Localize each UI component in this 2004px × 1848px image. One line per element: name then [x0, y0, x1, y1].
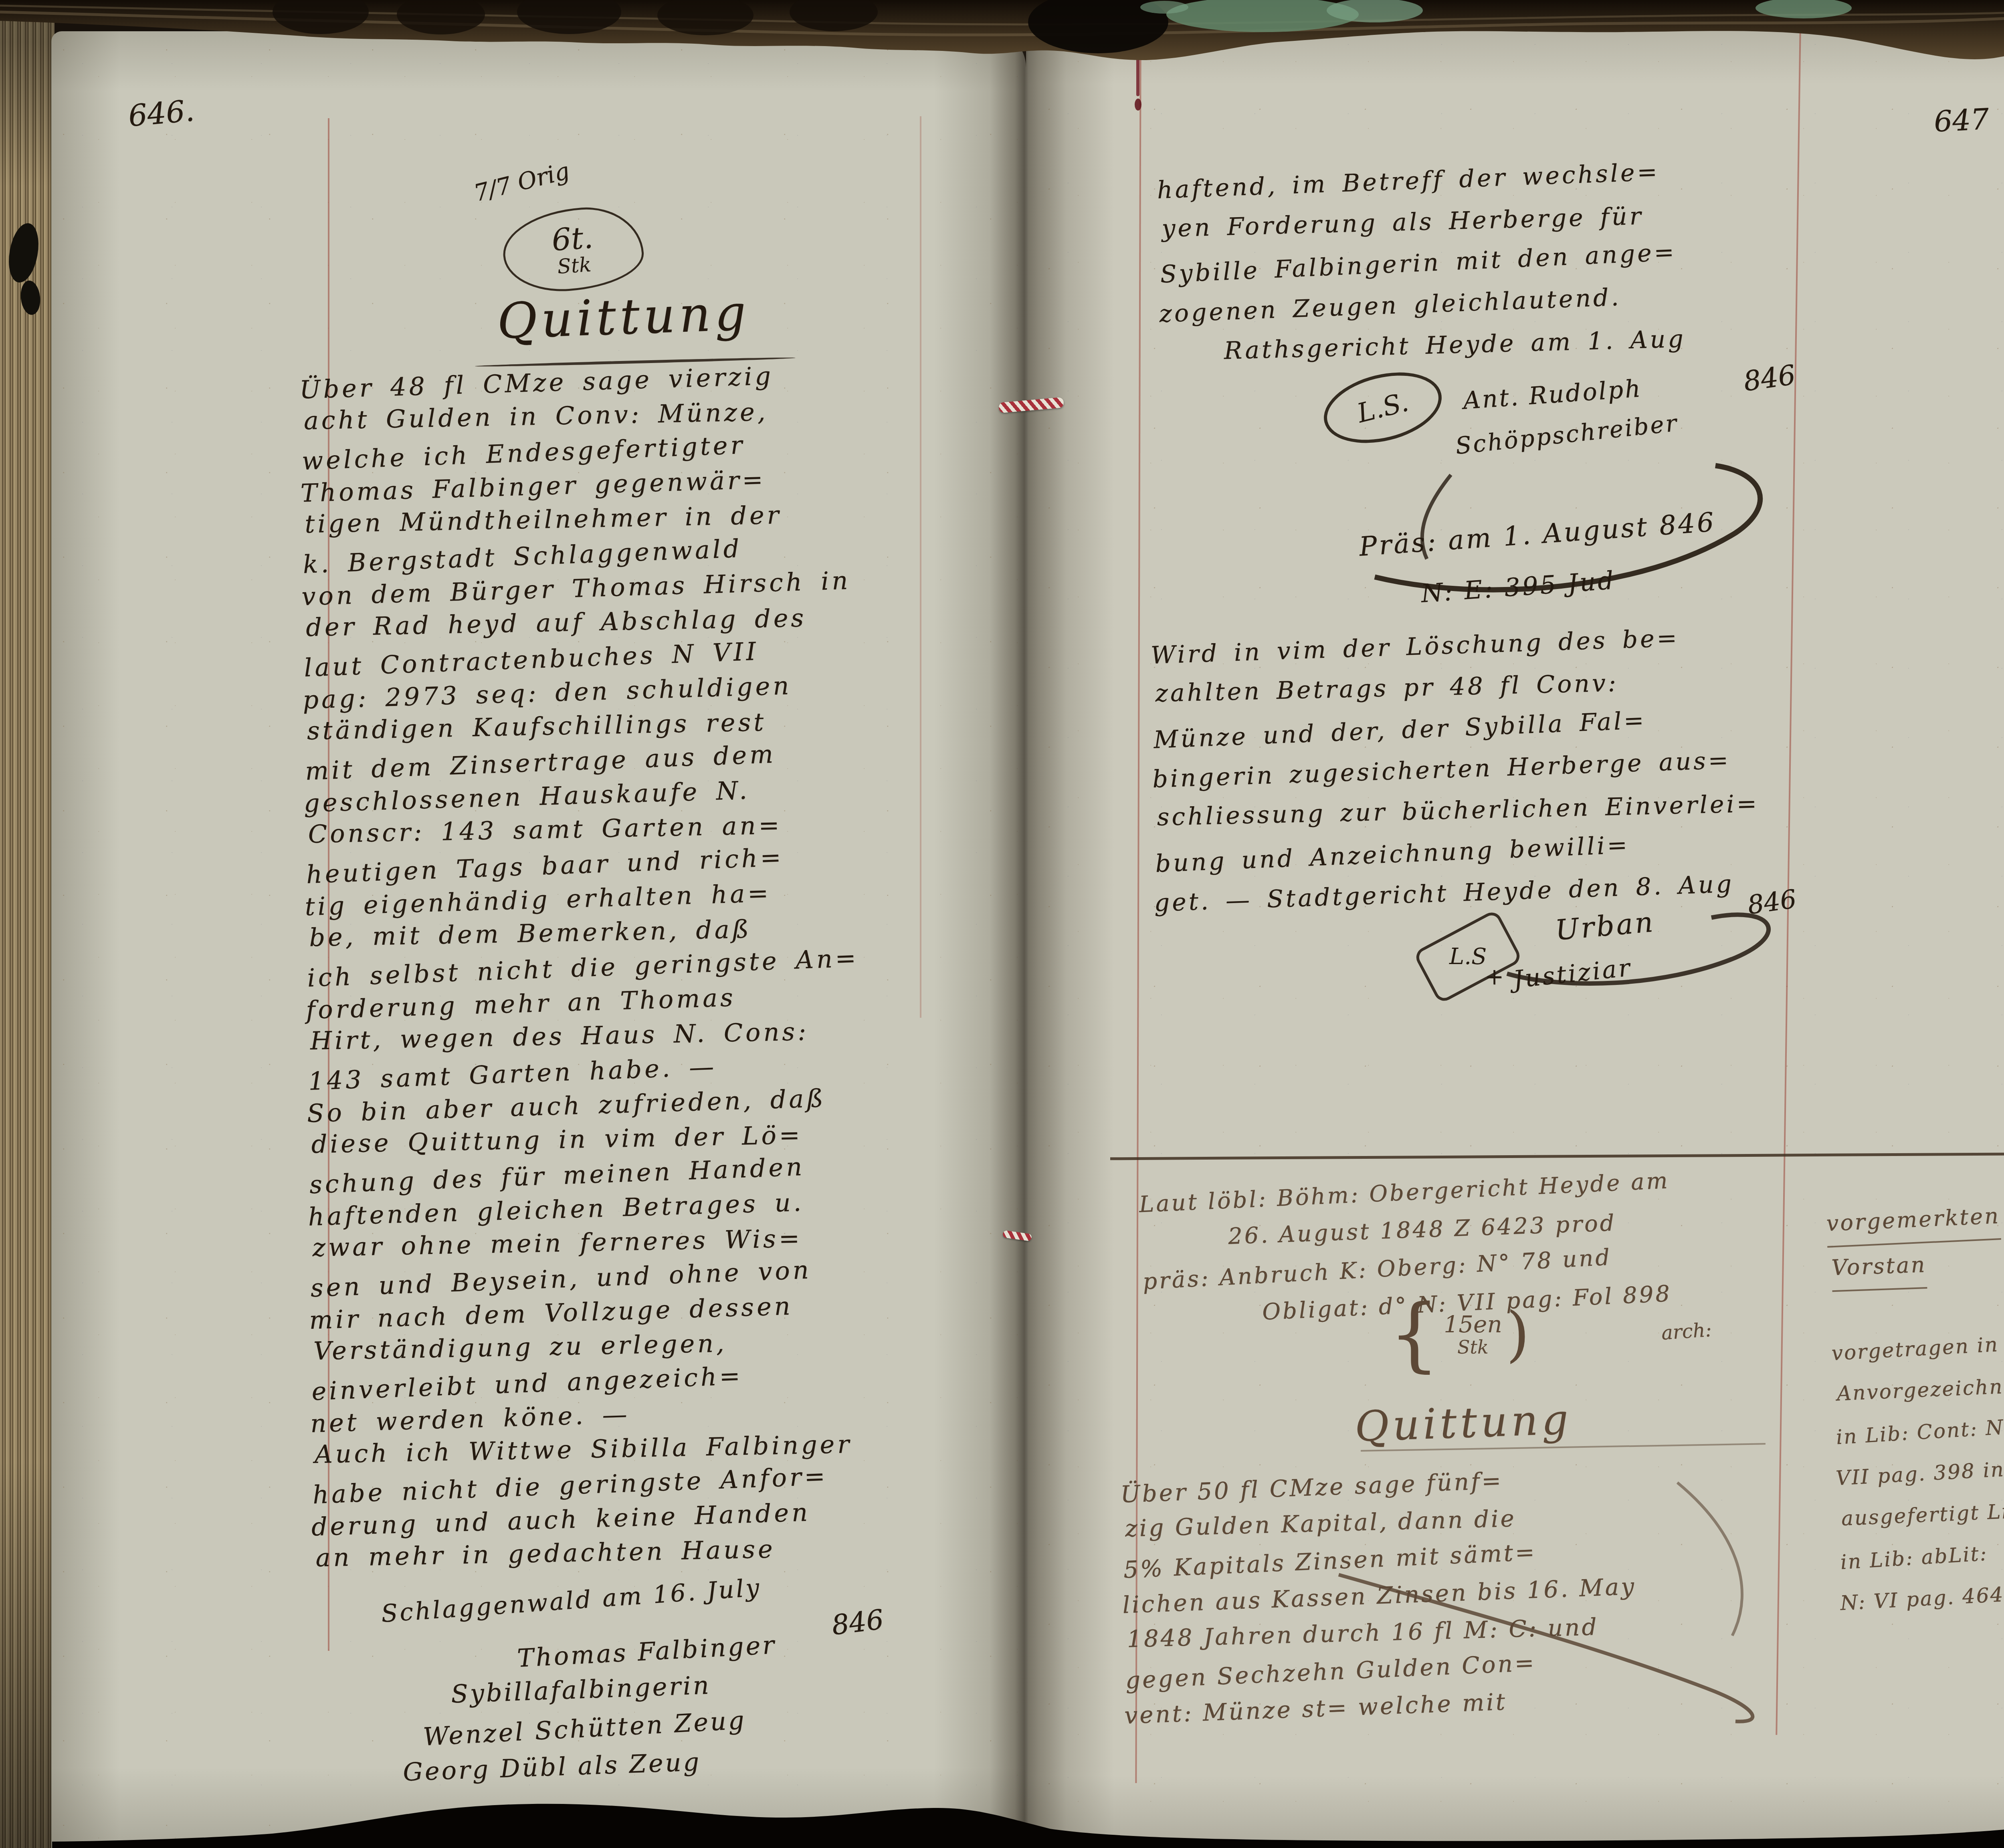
carved-knob — [657, 0, 754, 35]
second-entry-title: Quittung — [1354, 1395, 1573, 1451]
official-title: Justiziar — [1512, 954, 1633, 994]
green-cloth-patch — [1756, 0, 1852, 18]
green-cloth-patch — [1140, 1, 1188, 14]
signature: Thomas Falbinger — [517, 1630, 777, 1673]
seal-ls-label: L.S — [1449, 944, 1487, 970]
seal-ls-oval: L.S. — [1316, 361, 1449, 454]
signature: Georg Dübl als Zeug — [402, 1747, 701, 1787]
page-right: 647 haftend, im Betreff der wechsle=yen … — [1026, 20, 2004, 1848]
signature: Wenzel Schütten Zeug — [422, 1705, 747, 1751]
year-numeral: 846 — [1741, 359, 1798, 397]
badge-brace-icon: { — [1389, 1302, 1440, 1366]
reference-number-line: N: E: 395 Jud — [1420, 565, 1616, 608]
piece-number-badge: 6t. Stk — [500, 204, 646, 295]
right-page-margin-line-right — [1776, 28, 1801, 1735]
badge-number: 6t. — [551, 221, 594, 256]
seal-ls-diamond: L.S — [1413, 909, 1523, 1004]
red-ink-drip — [1136, 51, 1139, 96]
piece-number-badge-second: { 15en Stk ) — [1389, 1302, 1529, 1366]
badge-unit: Stk — [557, 254, 592, 278]
entry-separator-rule — [1110, 1152, 2004, 1160]
page-number-right: 647 — [1933, 102, 1990, 138]
date-place-line: Schlaggenwald am 16. July — [380, 1574, 762, 1628]
handwriting-line: Vorstan — [1831, 1243, 1927, 1292]
open-register-book: 646. 7/7 Orig 6t. Stk Quittung Über 48 f… — [0, 0, 2004, 1848]
entry-title: Quittung — [496, 284, 751, 350]
signature: Sybillafalbingerin — [450, 1670, 711, 1709]
year-numeral: 846 — [830, 1604, 885, 1641]
clerk-title: Schöppschreiber — [1454, 409, 1679, 460]
green-cloth-patch — [1327, 0, 1423, 22]
continuation-text-block: haftend, im Betreff der wechsle=yen Ford… — [1157, 156, 1682, 371]
margin-note-heading: vorgemerktenVorstan — [1826, 1196, 2002, 1291]
decree-text-block: Wird in vim der Löschung des be=zahlten … — [1150, 621, 1756, 918]
page-left: 646. 7/7 Orig 6t. Stk Quittung Über 48 f… — [51, 31, 1026, 1848]
carved-knob — [790, 0, 878, 31]
seal-ls-label: L.S. — [1354, 387, 1411, 429]
carved-knob — [273, 0, 369, 34]
cross-mark: + — [1485, 964, 1504, 990]
official-signature: Ant. Rudolph — [1462, 375, 1643, 415]
handwriting-line: vorgemerkten — [1825, 1194, 2001, 1248]
praesentatum-line: Präs: am 1. August 846 — [1358, 506, 1717, 562]
arch-note: arch: — [1661, 1319, 1712, 1345]
badge-unit: Stk — [1457, 1337, 1489, 1357]
carved-knob — [517, 0, 621, 34]
badge-number: 15en — [1444, 1311, 1502, 1337]
second-entry-body-text: Über 50 fl CMze sage fünf=zig Gulden Kap… — [1120, 1462, 1638, 1729]
handwriting-line: vorgetragen in — [1830, 1320, 2004, 1374]
left-page-body-text: Über 48 fl CMze sage vierzigacht Gulden … — [299, 359, 993, 1572]
badge-paren-icon: ) — [1506, 1304, 1530, 1364]
margin-note-text: vorgetragen inAnvorgezeichnetin Lib: Con… — [1830, 1322, 2004, 1622]
page-number-left: 646. — [127, 93, 196, 133]
year-numeral: 846 — [1745, 884, 1798, 920]
red-ink-droplet — [1135, 99, 1141, 111]
original-count-note: 7/7 Orig — [471, 157, 572, 207]
carved-knob — [397, 0, 485, 34]
